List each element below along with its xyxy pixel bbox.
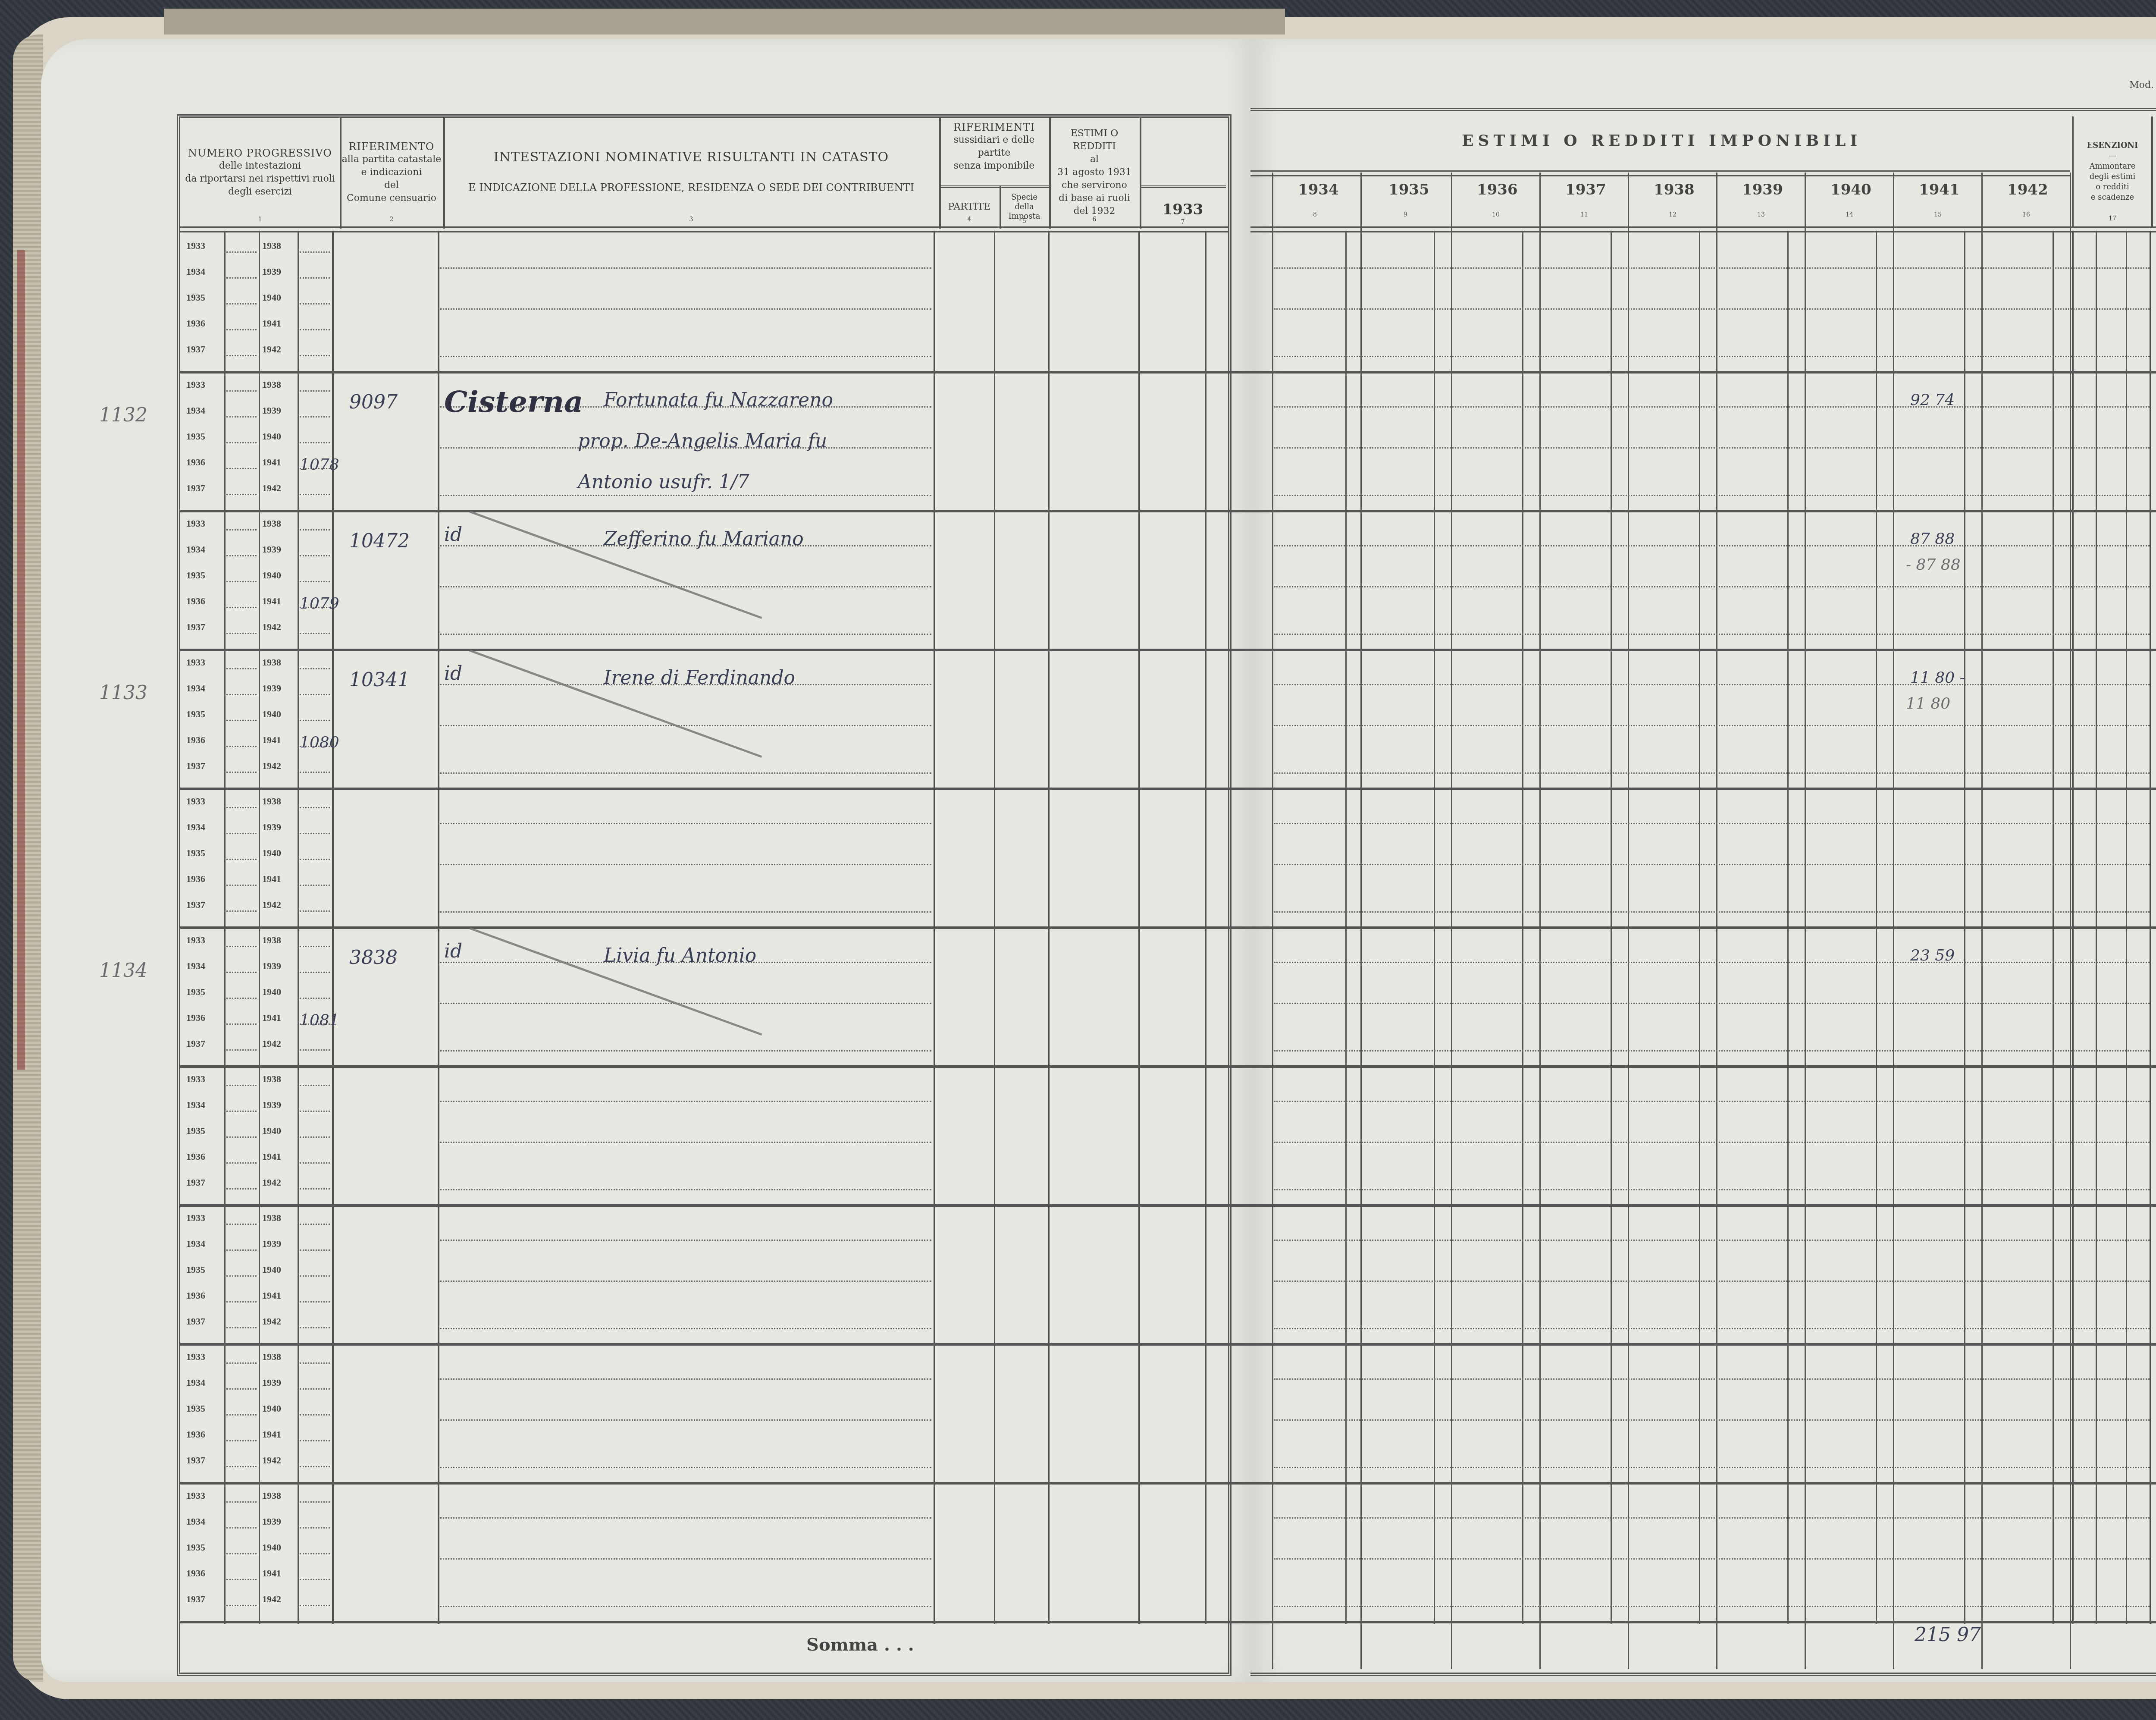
dotted-line xyxy=(440,1101,931,1102)
year-label: 1936 xyxy=(186,1568,205,1579)
year-label: 1939 xyxy=(262,683,281,694)
year-label: 1937 xyxy=(186,1594,205,1605)
dotted-line xyxy=(226,1249,257,1251)
table-row xyxy=(180,1481,2156,1623)
dotted-line xyxy=(440,1240,931,1241)
dotted-line xyxy=(226,581,257,582)
year-label: 1941 xyxy=(262,596,281,607)
dotted-line xyxy=(226,607,257,608)
year-label: 1934 xyxy=(186,1099,205,1111)
year-label: 1937 xyxy=(186,1455,205,1466)
dotted-line xyxy=(440,1467,931,1468)
dotted-line xyxy=(1274,1328,2150,1329)
dotted-line xyxy=(300,529,330,530)
dotted-line xyxy=(300,1301,330,1303)
form-model-label: Mod. 111 - Imposte Dirette (Intercalare)… xyxy=(2129,80,2156,91)
year-label: 1942 xyxy=(262,1316,281,1327)
dotted-line xyxy=(226,1553,257,1554)
amount-1941: 11 80 - xyxy=(1910,669,1965,687)
year-label: 1937 xyxy=(186,1316,205,1327)
dotted-line xyxy=(1274,545,2150,546)
dotted-line xyxy=(226,355,257,356)
dotted-line xyxy=(300,807,330,808)
owner-name-line: Zefferino fu Mariano xyxy=(604,528,804,550)
year-label: 1935 xyxy=(186,292,205,303)
dotted-line xyxy=(300,329,330,330)
dotted-line xyxy=(1274,823,2150,824)
header-sub: — xyxy=(2109,151,2116,161)
table-row xyxy=(180,1342,2156,1485)
owner-surname: Cisterna xyxy=(444,385,583,419)
year-label: 1935 xyxy=(186,986,205,998)
roll-number-1941: 1081 xyxy=(300,1011,339,1029)
year-label: 1936 xyxy=(186,596,205,607)
header-sub: di base ai ruoli xyxy=(1059,192,1130,205)
column-number: 1 xyxy=(258,213,262,226)
year-header-1935: 1935 xyxy=(1388,181,1429,198)
header-annotazioni: ANNOTAZIONI 18 xyxy=(2150,116,2156,226)
dotted-line xyxy=(300,494,330,495)
table-row xyxy=(180,786,2156,929)
header-title: ESTIMI O REDDITI xyxy=(1049,127,1140,153)
dotted-line xyxy=(226,303,257,304)
year-label: 1942 xyxy=(262,899,281,910)
dotted-line xyxy=(226,416,257,417)
year-label: 1941 xyxy=(262,457,281,468)
dotted-line xyxy=(300,1388,330,1390)
dotted-line xyxy=(300,1605,330,1606)
year-label: 1933 xyxy=(186,935,205,946)
column-number: 15 xyxy=(1934,211,1942,218)
year-label: 1940 xyxy=(262,847,281,859)
dotted-line xyxy=(440,1606,931,1607)
estimi-group-title: ESTIMI O REDDITI IMPONIBILI xyxy=(1462,132,1861,150)
header-title: 1933 xyxy=(1163,203,1203,216)
year-label: 1936 xyxy=(186,873,205,885)
year-label: 1937 xyxy=(186,1038,205,1049)
spine-tape xyxy=(164,9,1285,35)
year-label: 1939 xyxy=(262,1516,281,1527)
dotted-line xyxy=(1274,962,2150,963)
dotted-line xyxy=(300,1501,330,1503)
dotted-line xyxy=(226,1224,257,1225)
year-header-1940: 1940 xyxy=(1830,181,1871,198)
header-sub: degli esercizi xyxy=(228,185,292,198)
table-row xyxy=(180,231,2156,374)
dotted-line xyxy=(226,468,257,469)
dotted-line xyxy=(226,1136,257,1138)
header-sub: e indicazioni xyxy=(361,166,422,179)
dotted-line xyxy=(300,303,330,304)
amount-1941-correction: - 87 88 xyxy=(1906,556,1961,574)
header-title: INTESTAZIONI NOMINATIVE RISULTANTI IN CA… xyxy=(494,151,889,164)
dotted-line xyxy=(226,1085,257,1086)
dotted-line xyxy=(1274,1558,2150,1560)
dotted-line xyxy=(300,355,330,356)
year-label: 1937 xyxy=(186,483,205,494)
dotted-line xyxy=(1274,586,2150,587)
year-label: 1939 xyxy=(262,266,281,277)
dotted-line xyxy=(226,442,257,443)
dotted-line xyxy=(226,277,257,279)
year-label: 1934 xyxy=(186,266,205,277)
year-label: 1939 xyxy=(262,1377,281,1388)
dotted-line xyxy=(300,1440,330,1441)
year-label: 1941 xyxy=(262,1012,281,1023)
header-title: ESENZIONI xyxy=(2087,141,2138,151)
dotted-line xyxy=(300,1085,330,1086)
year-label: 1934 xyxy=(186,405,205,416)
dotted-line xyxy=(226,1111,257,1112)
header-esenzioni: ESENZIONI — Ammontare degli estimi o red… xyxy=(2072,116,2153,226)
dotted-line xyxy=(1274,725,2150,726)
dotted-line xyxy=(300,1327,330,1328)
dotted-line xyxy=(300,1275,330,1277)
year-label: 1934 xyxy=(186,683,205,694)
dotted-line xyxy=(440,495,931,496)
column-number: 17 xyxy=(2109,213,2116,224)
table-row xyxy=(180,1064,2156,1207)
header-sub: e scadenze xyxy=(2091,192,2134,203)
dotted-line xyxy=(300,859,330,860)
dotted-line xyxy=(226,1362,257,1364)
dotted-line xyxy=(1274,911,2150,913)
year-label: 1941 xyxy=(262,318,281,329)
year-label: 1941 xyxy=(262,734,281,746)
year-label: 1935 xyxy=(186,709,205,720)
year-label: 1940 xyxy=(262,1125,281,1136)
header-specie-imposta: Specie della Imposta 5 xyxy=(1000,185,1051,229)
year-header-1941: 1941 xyxy=(1919,181,1960,198)
column-number: 16 xyxy=(2022,211,2030,218)
year-label: 1934 xyxy=(186,822,205,833)
year-label: 1938 xyxy=(262,518,281,529)
year-label: 1940 xyxy=(262,431,281,442)
dotted-line xyxy=(1274,1240,2150,1241)
header-intestazioni: INTESTAZIONI NOMINATIVE RISULTANTI IN CA… xyxy=(443,116,941,229)
dotted-line xyxy=(1274,1281,2150,1282)
dotted-line xyxy=(226,1188,257,1190)
year-label: 1935 xyxy=(186,1264,205,1275)
year-label: 1936 xyxy=(186,318,205,329)
dotted-line xyxy=(226,390,257,392)
dotted-line xyxy=(300,910,330,912)
year-label: 1933 xyxy=(186,240,205,251)
header-sub: delle intestazioni xyxy=(219,160,301,173)
year-label: 1938 xyxy=(262,1351,281,1362)
dotted-line xyxy=(1274,1003,2150,1004)
margin-number: 1132 xyxy=(99,404,147,426)
margin-number: 1134 xyxy=(99,960,147,982)
owner-name-line: Livia fu Antonio xyxy=(604,945,756,967)
dotted-line xyxy=(226,1414,257,1416)
year-label: 1937 xyxy=(186,760,205,772)
dotted-line xyxy=(1274,1189,2150,1190)
dotted-line xyxy=(440,1003,931,1004)
dotted-line xyxy=(300,1049,330,1051)
year-label: 1940 xyxy=(262,292,281,303)
year-label: 1942 xyxy=(262,1594,281,1605)
dotted-line xyxy=(1274,406,2150,408)
roll-number-1941: 1078 xyxy=(300,456,339,474)
year-label: 1941 xyxy=(262,873,281,885)
dotted-line xyxy=(226,972,257,973)
dotted-line xyxy=(300,442,330,443)
column-number: 3 xyxy=(689,213,693,226)
dotted-line xyxy=(1274,447,2150,449)
dotted-line xyxy=(226,329,257,330)
year-label: 1933 xyxy=(186,379,205,390)
dotted-line xyxy=(440,911,931,913)
dotted-line xyxy=(300,1579,330,1580)
year-label: 1935 xyxy=(186,1403,205,1414)
year-label: 1939 xyxy=(262,1099,281,1111)
header-title: NUMERO PROGRESSIVO xyxy=(188,147,332,160)
somma-1941-value: 215 97 xyxy=(1915,1624,1981,1646)
year-label: 1935 xyxy=(186,570,205,581)
column-number: 12 xyxy=(1669,211,1677,218)
dotted-line xyxy=(1274,308,2150,310)
dotted-line xyxy=(226,885,257,886)
column-number: 9 xyxy=(1404,211,1407,218)
header-sub: Ammontare xyxy=(2090,161,2136,172)
dotted-line xyxy=(300,1188,330,1190)
dotted-line xyxy=(226,859,257,860)
year-label: 1942 xyxy=(262,621,281,633)
dotted-line xyxy=(226,720,257,721)
year-label: 1938 xyxy=(262,796,281,807)
year-label: 1933 xyxy=(186,1212,205,1224)
year-label: 1940 xyxy=(262,1403,281,1414)
table-row xyxy=(180,1203,2156,1346)
year-label: 1938 xyxy=(262,657,281,668)
dotted-line xyxy=(226,494,257,495)
year-label: 1936 xyxy=(186,1012,205,1023)
dotted-line xyxy=(440,1558,931,1560)
margin-number: 1133 xyxy=(99,682,147,704)
partita-reference: 3838 xyxy=(349,947,398,969)
year-label: 1942 xyxy=(262,1455,281,1466)
year-label: 1939 xyxy=(262,960,281,972)
dotted-line xyxy=(440,772,931,774)
dotted-line xyxy=(300,772,330,773)
year-label: 1933 xyxy=(186,1490,205,1501)
year-header-1938: 1938 xyxy=(1654,181,1695,198)
dotted-line xyxy=(226,998,257,999)
header-sub: che servirono xyxy=(1062,179,1127,192)
column-number: 4 xyxy=(968,213,971,226)
dotted-line xyxy=(440,1281,931,1282)
year-header-1942: 1942 xyxy=(2007,181,2048,198)
dotted-line xyxy=(226,555,257,556)
year-label: 1934 xyxy=(186,1238,205,1249)
header-sub: Specie xyxy=(1011,193,1037,202)
header-sub: al xyxy=(1090,153,1099,166)
somma-label: Somma . . . xyxy=(806,1635,914,1655)
dotted-line xyxy=(226,633,257,634)
year-label: 1941 xyxy=(262,1290,281,1301)
dotted-line xyxy=(1274,1050,2150,1051)
amount-1941-correction: 11 80 xyxy=(1906,695,1950,712)
dotted-line xyxy=(300,1466,330,1467)
dotted-line xyxy=(440,267,931,269)
dotted-line xyxy=(440,1328,931,1329)
column-number: 13 xyxy=(1757,211,1765,218)
header-sub: E INDICAZIONE DELLA PROFESSIONE, RESIDEN… xyxy=(468,181,914,194)
header-sub: da riportarsi nei rispettivi ruoli xyxy=(185,173,335,185)
year-label: 1936 xyxy=(186,734,205,746)
year-label: 1938 xyxy=(262,1490,281,1501)
year-label: 1942 xyxy=(262,483,281,494)
year-label: 1935 xyxy=(186,431,205,442)
header-riferimenti-sussidiari: RIFERIMENTI sussidiari e delle partite s… xyxy=(939,116,1051,188)
dotted-line xyxy=(226,833,257,834)
header-title: PARTITE xyxy=(948,201,991,213)
dotted-line xyxy=(226,694,257,695)
dotted-line xyxy=(440,586,931,587)
header-1933: 1933 7 xyxy=(1140,185,1226,231)
year-label: 1938 xyxy=(262,1212,281,1224)
dotted-line xyxy=(440,1050,931,1051)
header-sub: sussidiari e delle partite xyxy=(939,134,1049,160)
dotted-line xyxy=(300,720,330,721)
column-number: 8 xyxy=(1313,211,1317,218)
year-label: 1942 xyxy=(262,1038,281,1049)
dotted-line xyxy=(226,1501,257,1503)
dotted-line xyxy=(440,1142,931,1143)
year-label: 1938 xyxy=(262,935,281,946)
owner-name-line: Antonio usufr. 1/7 xyxy=(578,471,749,493)
dotted-line xyxy=(300,1362,330,1364)
dotted-line xyxy=(300,946,330,947)
dotted-line xyxy=(440,1517,931,1519)
dotted-line xyxy=(300,633,330,634)
dotted-line xyxy=(1274,1517,2150,1519)
dotted-line xyxy=(300,1249,330,1251)
dotted-line xyxy=(440,1378,931,1380)
year-label: 1941 xyxy=(262,1151,281,1162)
dotted-line xyxy=(300,833,330,834)
year-label: 1939 xyxy=(262,822,281,833)
dotted-line xyxy=(300,390,330,392)
dotted-line xyxy=(300,251,330,253)
year-label: 1935 xyxy=(186,1125,205,1136)
header-title: RIFERIMENTI xyxy=(953,121,1035,134)
year-label: 1933 xyxy=(186,657,205,668)
dotted-line xyxy=(1274,267,2150,269)
header-sub: del xyxy=(384,179,399,192)
dotted-line xyxy=(226,1466,257,1467)
dotted-line xyxy=(226,910,257,912)
header-sub: o redditi xyxy=(2096,182,2129,192)
year-label: 1934 xyxy=(186,1516,205,1527)
year-header-1934: 1934 xyxy=(1298,181,1339,198)
dotted-line xyxy=(226,251,257,253)
dotted-line xyxy=(300,972,330,973)
header-numero-progressivo: NUMERO PROGRESSIVO delle intestazioni da… xyxy=(180,116,342,229)
dotted-line xyxy=(440,356,931,357)
dotted-line xyxy=(226,1049,257,1051)
dotted-line xyxy=(300,555,330,556)
dotted-line xyxy=(226,1527,257,1529)
header-sub: 31 agosto 1931 xyxy=(1057,166,1131,179)
header-partite: PARTITE 4 xyxy=(939,185,1001,229)
year-label: 1940 xyxy=(262,986,281,998)
roll-number-1941: 1079 xyxy=(300,595,339,612)
dotted-line xyxy=(300,581,330,582)
year-label: 1934 xyxy=(186,1377,205,1388)
dotted-line xyxy=(300,1162,330,1164)
column-number: 11 xyxy=(1580,211,1588,218)
book-binding xyxy=(13,35,43,1682)
year-label: 1937 xyxy=(186,899,205,910)
partita-reference: 10341 xyxy=(349,669,410,691)
year-label: 1937 xyxy=(186,344,205,355)
year-label: 1941 xyxy=(262,1568,281,1579)
year-label: 1938 xyxy=(262,379,281,390)
dotted-line xyxy=(226,746,257,747)
dotted-line xyxy=(300,1224,330,1225)
dotted-line xyxy=(1274,1467,2150,1468)
dotted-line xyxy=(300,998,330,999)
dotted-line xyxy=(300,277,330,279)
table-row xyxy=(180,508,2156,651)
year-label: 1940 xyxy=(262,1542,281,1553)
year-label: 1939 xyxy=(262,544,281,555)
year-label: 1934 xyxy=(186,960,205,972)
dotted-line xyxy=(440,634,931,635)
year-label: 1935 xyxy=(186,847,205,859)
year-label: 1938 xyxy=(262,1073,281,1085)
dotted-line xyxy=(1274,1101,2150,1102)
year-label: 1933 xyxy=(186,796,205,807)
dotted-line xyxy=(1274,356,2150,357)
owner-name-line: Fortunata fu Nazzareno xyxy=(604,389,833,411)
partita-reference: 10472 xyxy=(349,530,410,552)
table-row xyxy=(180,925,2156,1068)
dotted-line xyxy=(300,1527,330,1529)
dotted-line xyxy=(440,864,931,865)
dotted-line xyxy=(300,1553,330,1554)
amount-1941: 87 88 xyxy=(1910,530,1955,548)
dotted-line xyxy=(226,1327,257,1328)
year-label: 1936 xyxy=(186,1290,205,1301)
header-rule xyxy=(1250,170,2070,176)
year-label: 1933 xyxy=(186,1073,205,1085)
partita-reference: 9097 xyxy=(349,391,398,413)
dotted-line xyxy=(226,1301,257,1303)
owner-surname: id xyxy=(444,940,462,962)
dotted-line xyxy=(226,529,257,530)
year-label: 1936 xyxy=(186,1429,205,1440)
year-label: 1940 xyxy=(262,709,281,720)
year-label: 1942 xyxy=(262,344,281,355)
table-row xyxy=(180,647,2156,790)
year-label: 1942 xyxy=(262,1177,281,1188)
dotted-line xyxy=(300,668,330,669)
year-label: 1936 xyxy=(186,457,205,468)
amount-1941: 92 74 xyxy=(1910,391,1955,409)
dotted-line xyxy=(1274,772,2150,774)
header-sub: degli estimi xyxy=(2090,172,2136,182)
header-title: RIFERIMENTO xyxy=(348,140,434,153)
header-sub: Comune censuario xyxy=(347,192,436,205)
dotted-line xyxy=(440,308,931,310)
column-number: 10 xyxy=(1492,211,1500,218)
amount-1941: 23 59 xyxy=(1910,947,1955,964)
dotted-line xyxy=(1274,1378,2150,1380)
dotted-line xyxy=(226,1023,257,1025)
